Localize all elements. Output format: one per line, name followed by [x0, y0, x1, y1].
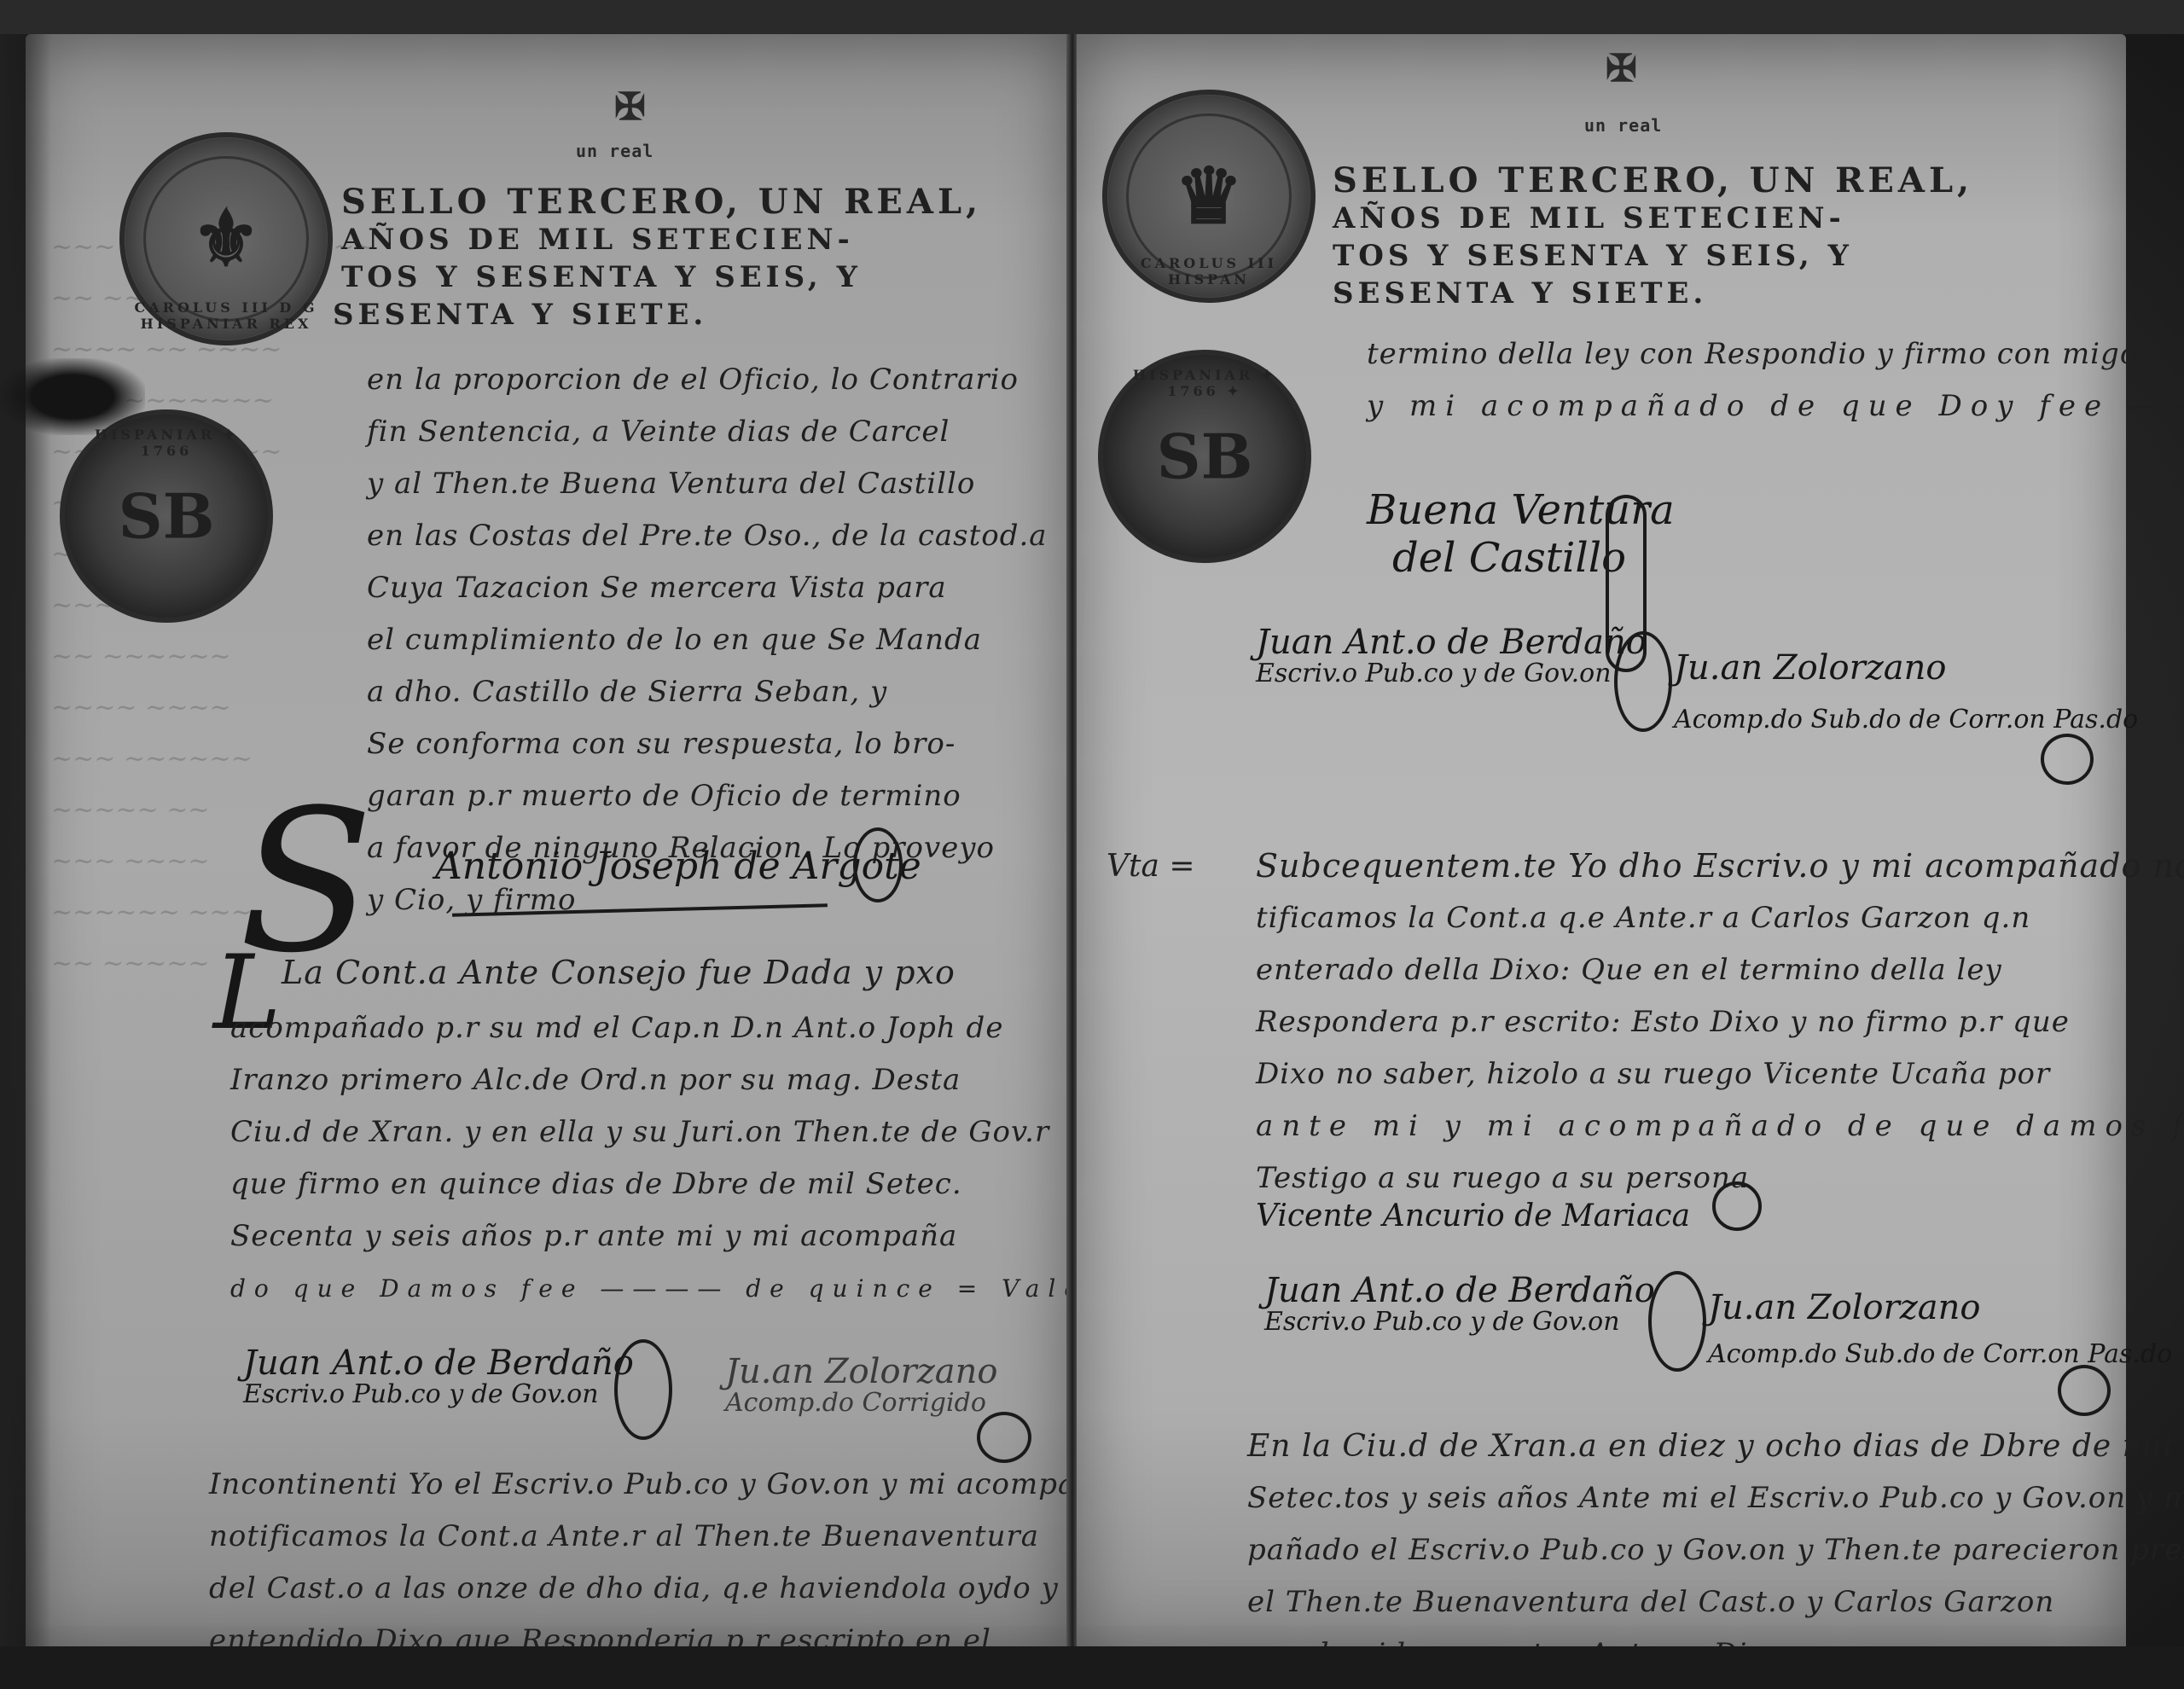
stamp-seal-bottom-right: SB HISPANIAR ✦ 1766 ✦	[1098, 350, 1311, 563]
left-paragraph-2: La Cont.a Ante Consejo fue Dada y pxo	[282, 947, 955, 999]
signature-zolorzano-right-1: Ju.an Zolorzano Acomp.do Sub.do de Corr.…	[1674, 648, 2138, 734]
left-paragraph-2-cont: acompañado p.r su md el Cap.n D.n Ant.o …	[230, 1002, 1131, 1315]
text-line: Setec.tos y seis años Ante mi el Escriv.…	[1247, 1472, 2184, 1524]
text-line: termino della ley con Respondio y firmo …	[1367, 328, 2184, 380]
signature-ancurio: Vicente Ancurio de Mariaca	[1256, 1199, 1690, 1233]
text-line: fin Sentencia, a Veinte dias de Carcel	[367, 406, 1048, 458]
stamp-header: SELLO TERCERO, UN REAL, AÑOS DE MIL SETE…	[341, 183, 982, 334]
stamp-header-line: SELLO TERCERO, UN REAL,	[1333, 162, 1973, 200]
right-paragraph-2: Subcequentem.te Yo dho Escriv.o y mi aco…	[1256, 840, 2184, 1204]
royal-seal-top-left: ⚜ CAROLUS III D G HISPANIAR REX	[119, 132, 333, 345]
margin-note-vta: Vta =	[1107, 849, 1195, 884]
scan-shadow-blot	[0, 358, 145, 435]
signature-rubric-icon	[2058, 1365, 2111, 1416]
stamp-header-line: TOS Y SESENTA Y SEIS, Y	[1333, 237, 1973, 275]
stamp-header-line: AÑOS DE MIL SETECIEN-	[1333, 200, 1973, 237]
stamp-header-line: AÑOS DE MIL SETECIEN-	[341, 221, 982, 258]
text-line: garan p.r muerto de Oficio de termino	[367, 770, 1048, 822]
stamp-seal-bottom-left: SB HISPANIAR ✦ 1766	[60, 409, 273, 623]
text-line: En la Ciu.d de Xran.a en diez y ocho dia…	[1247, 1420, 2184, 1472]
signature-zolorzano-right-2: Ju.an Zolorzano Acomp.do Sub.do de Corr.…	[1708, 1288, 2172, 1369]
right-page: ♛ CAROLUS III HISPAN SB HISPANIAR ✦ 1766…	[1077, 34, 2126, 1655]
text-line: del Cast.o a las onze de dho dia, q.e ha…	[209, 1563, 1152, 1615]
text-line: ante mi y mi acompañado de que damos fee…	[1256, 1100, 2184, 1152]
text-line: Subcequentem.te Yo dho Escriv.o y mi aco…	[1256, 840, 2184, 892]
signature-rubric-icon	[1648, 1271, 1706, 1372]
signature-berdano-right-1: Juan Ant.o de Berdaño Escriv.o Pub.co y …	[1256, 623, 1647, 688]
royal-seal-top-right: ♛ CAROLUS III HISPAN	[1102, 90, 1316, 303]
text-line: en las Costas del Pre.te Oso., de la cas…	[367, 510, 1048, 562]
text-line: Respondera p.r escrito: Esto Dixo y no f…	[1256, 996, 2184, 1048]
signature-rubric-icon	[1712, 1181, 1762, 1231]
signature-rubric-icon	[2041, 734, 2094, 785]
signature-rubric-icon	[1614, 631, 1672, 732]
scan-bottom-edge	[0, 1646, 2184, 1689]
text-line: el cumplimiento de lo en que Se Manda	[367, 614, 1048, 666]
stamp-price: un real	[1584, 115, 1662, 136]
signature-rubric-icon	[977, 1412, 1031, 1463]
text-line: do que Damos fee ———— de quince = Vale =	[230, 1262, 1131, 1315]
text-line: a dho. Castillo de Sierra Seban, y	[367, 666, 1048, 718]
text-line: el Then.te Buenaventura del Cast.o y Car…	[1247, 1576, 2184, 1628]
seal-legend: CAROLUS III D G HISPANIAR REX	[125, 299, 328, 332]
text-line: Iranzo primero Alc.de Ord.n por su mag. …	[230, 1054, 1131, 1106]
stamp-header-line: SELLO TERCERO, UN REAL,	[341, 183, 982, 221]
signature-berdano-right-2: Juan Ant.o de Berdaño Escriv.o Pub.co y …	[1264, 1271, 1655, 1337]
signature-argote: Antonio Joseph de Argote	[435, 844, 921, 888]
text-line: Se conforma con su respuesta, lo bro-	[367, 718, 1048, 770]
text-line: notificamos la Cont.a Ante.r al Then.te …	[209, 1511, 1152, 1563]
cross-icon: ✠	[1606, 47, 1637, 90]
signature-rubric-icon	[853, 827, 903, 903]
text-line: pañado el Escriv.o Pub.co y Gov.on y The…	[1247, 1524, 2184, 1576]
scan-left-shadow	[0, 34, 51, 1655]
monogram-icon: SB	[1157, 421, 1253, 493]
text-line: en la proporcion de el Oficio, lo Contra…	[367, 354, 1048, 406]
text-line: Ciu.d de Xran. y en ella y su Juri.on Th…	[230, 1106, 1131, 1158]
text-line: enterado della Dixo: Que en el termino d…	[1256, 944, 2184, 996]
text-line: tificamos la Cont.a q.e Ante.r a Carlos …	[1256, 892, 2184, 944]
seal-legend: CAROLUS III HISPAN	[1107, 255, 1310, 287]
text-line: La Cont.a Ante Consejo fue Dada y pxo	[282, 947, 955, 999]
text-line: Incontinenti Yo el Escriv.o Pub.co y Gov…	[209, 1459, 1152, 1511]
text-line: Cuya Tazacion Se mercera Vista para	[367, 562, 1048, 614]
stamp-header-line: TOS Y SESENTA Y SEIS, Y	[341, 258, 982, 296]
left-paragraph-3: Incontinenti Yo el Escriv.o Pub.co y Gov…	[209, 1459, 1152, 1667]
text-line: y mi acompañado de que Doy fee ————	[1367, 380, 2184, 432]
seal-legend: HISPANIAR ✦ 1766 ✦	[1103, 367, 1306, 399]
text-line: y al Then.te Buena Ventura del Castillo	[367, 458, 1048, 510]
left-page: ~~~ ~~~~ ~~ ~~~~~~~ ~~~~~ ~~~~~~~ ~~ ~~~…	[26, 34, 1071, 1655]
royal-portrait-icon: ♛	[1175, 151, 1244, 241]
coat-of-arms-icon: ⚜	[192, 194, 261, 284]
stamp-header-line: SESENTA Y SIETE.	[333, 296, 982, 334]
text-line: acompañado p.r su md el Cap.n D.n Ant.o …	[230, 1002, 1131, 1054]
monogram-icon: SB	[119, 480, 215, 553]
scan-top-edge	[0, 0, 2184, 34]
right-opening-text: termino della ley con Respondio y firmo …	[1367, 328, 2184, 432]
stamp-header-line: SESENTA Y SIETE.	[1333, 275, 1973, 312]
signature-berdano-left: Juan Ant.o de Berdaño Escriv.o Pub.co y …	[243, 1344, 634, 1409]
signature-zolorzano-left: Ju.an Zolorzano Acomp.do Corrigido	[725, 1352, 997, 1418]
text-line: que firmo en quince dias de Dbre de mil …	[230, 1158, 1131, 1210]
right-paragraph-3: En la Ciu.d de Xran.a en diez y ocho dia…	[1247, 1420, 2184, 1680]
text-line: Dixo no saber, hizolo a su ruego Vicente…	[1256, 1048, 2184, 1100]
left-body-text: en la proporcion de el Oficio, lo Contra…	[367, 354, 1048, 926]
stamp-price: un real	[576, 141, 653, 161]
text-line: Secenta y seis años p.r ante mi y mi aco…	[230, 1210, 1131, 1262]
stamp-header: SELLO TERCERO, UN REAL, AÑOS DE MIL SETE…	[1333, 162, 1973, 312]
signature-rubric-icon	[614, 1339, 672, 1440]
cross-icon: ✠	[614, 85, 646, 129]
